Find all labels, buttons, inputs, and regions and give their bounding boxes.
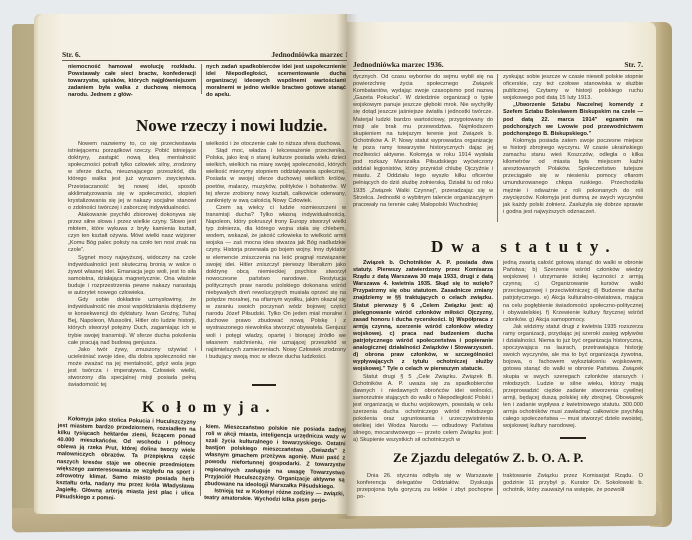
paragraph: Jak widzimy statut drugi z kwietnia 1935…: [503, 324, 643, 430]
section-separator: [252, 384, 276, 386]
column-text: dycznych. Od czasu wyborów do sejmu wybi…: [353, 74, 493, 209]
paragraph: Czem są wielcy ci ludzie rozmieszczeni w…: [206, 205, 346, 361]
column-text: zyskując sobie jeszcze w czasie niewoli …: [503, 74, 643, 216]
column-rule: [497, 473, 498, 495]
column-text: traktowanie Związku przez Komisarjat Rzą…: [503, 473, 643, 494]
paragraph: Związek b. Ochotników A. P. posiada dwa …: [353, 260, 493, 374]
article-title: Kołomyja.: [142, 399, 277, 417]
paragraph: kiem. Mieszczaństwo polskie nie posiada …: [204, 424, 346, 491]
paragraph: Stąd moc, władza i lekceważenie przeciwn…: [206, 148, 346, 205]
page-number: Str. 6.: [62, 50, 81, 59]
column-rule: [497, 260, 498, 435]
section-separator: [560, 437, 586, 439]
left-page: Str. 6. Jednodniówka marzec 1936. niemoc…: [38, 14, 347, 514]
column-text: wielkości i że otoczenie całe to niższa …: [206, 141, 346, 361]
column-text: nych zadań spadkobierców idei jest uspoł…: [206, 64, 346, 99]
paragraph: Istnieją też w Kołomyi różne zodziny — z…: [204, 488, 344, 506]
paragraph: dycznych. Od czasu wyborów do sejmu wybi…: [353, 74, 493, 209]
publication-title: Jednodniówka marzec 1936.: [271, 50, 347, 59]
column-text: niemocność hamował ewolucję rozkładu. Po…: [68, 64, 196, 99]
column-text: Związek b. Ochotników A. P. posiada dwa …: [353, 260, 493, 444]
paragraph: zyskując sobie jeszcze w czasie niewoli …: [503, 74, 643, 102]
article-title: Nowe rzeczy i nowi ludzie.: [136, 116, 327, 136]
publication-title: Jednodniówka marzec 1936.: [353, 60, 444, 69]
paragraph: Sygnet mocy najwyższej, widoczny na czol…: [68, 255, 196, 298]
column-text: Kołomyja jako stolica Pokucia i Huculszc…: [56, 416, 196, 505]
column-text: kiem. Mieszczaństwo polskie nie posiada …: [204, 424, 346, 505]
paragraph: wielkości i że otoczenie całe to niższa …: [206, 141, 346, 148]
paragraph: Jako twór żywy, zmuszony ożywiać i uciel…: [68, 347, 196, 390]
paragraph: Kołomyja jako stolica Pokucia i Huculszc…: [56, 416, 196, 505]
paragraph: Gdy sobie dokładnie uzmysłowimy, że indy…: [68, 297, 196, 347]
column-rule: [201, 141, 202, 351]
paragraph: Nowem nazwiemy to, co się przeciwstawia …: [68, 141, 196, 212]
column-rule: [200, 426, 201, 496]
paragraph: traktowanie Związku przez Komisarjat Rzą…: [503, 473, 643, 494]
column-text: Dnia 26. stycznia odbyła się w Warszawie…: [357, 473, 493, 501]
article-title: Dwa statuty.: [431, 237, 618, 257]
paragraph: Statut drugi § 5 „Cele Związku. Związek …: [353, 374, 493, 445]
page-number: Str. 7.: [624, 60, 643, 69]
page-header-right: Jednodniówka marzec 1936. Str. 7.: [353, 60, 643, 71]
paragraph: „Utworzenie Sztabu Naczelnej komendy z S…: [503, 102, 643, 137]
paragraph: niemocność hamował ewolucję rozkładu. Po…: [68, 64, 196, 99]
paragraph: jedną zwartą całość gotową stanąć do wal…: [503, 260, 643, 324]
column-rule: [497, 74, 498, 222]
article-title: Ze Zjazdu delegatów Z. b. O. A. P.: [393, 450, 583, 466]
right-page: Jednodniówka marzec 1936. Str. 7. dyczny…: [347, 22, 656, 516]
column-rule: [201, 64, 202, 94]
paragraph: Kołomyja posiada zatem swoje poczesne mi…: [503, 138, 643, 216]
column-text: jedną zwartą całość gotową stanąć do wal…: [503, 260, 643, 430]
column-text: Nowem nazwiemy to, co się przeciwstawia …: [68, 141, 196, 389]
paragraph: nych zadań spadkobierców idei jest uspoł…: [206, 64, 346, 99]
paragraph: Dnia 26. stycznia odbyła się w Warszawie…: [357, 473, 493, 501]
page-header-left: Str. 6. Jednodniówka marzec 1936.: [62, 50, 347, 61]
paragraph: Atakowanie psychiki zbiorowej dokonywa s…: [68, 212, 196, 255]
